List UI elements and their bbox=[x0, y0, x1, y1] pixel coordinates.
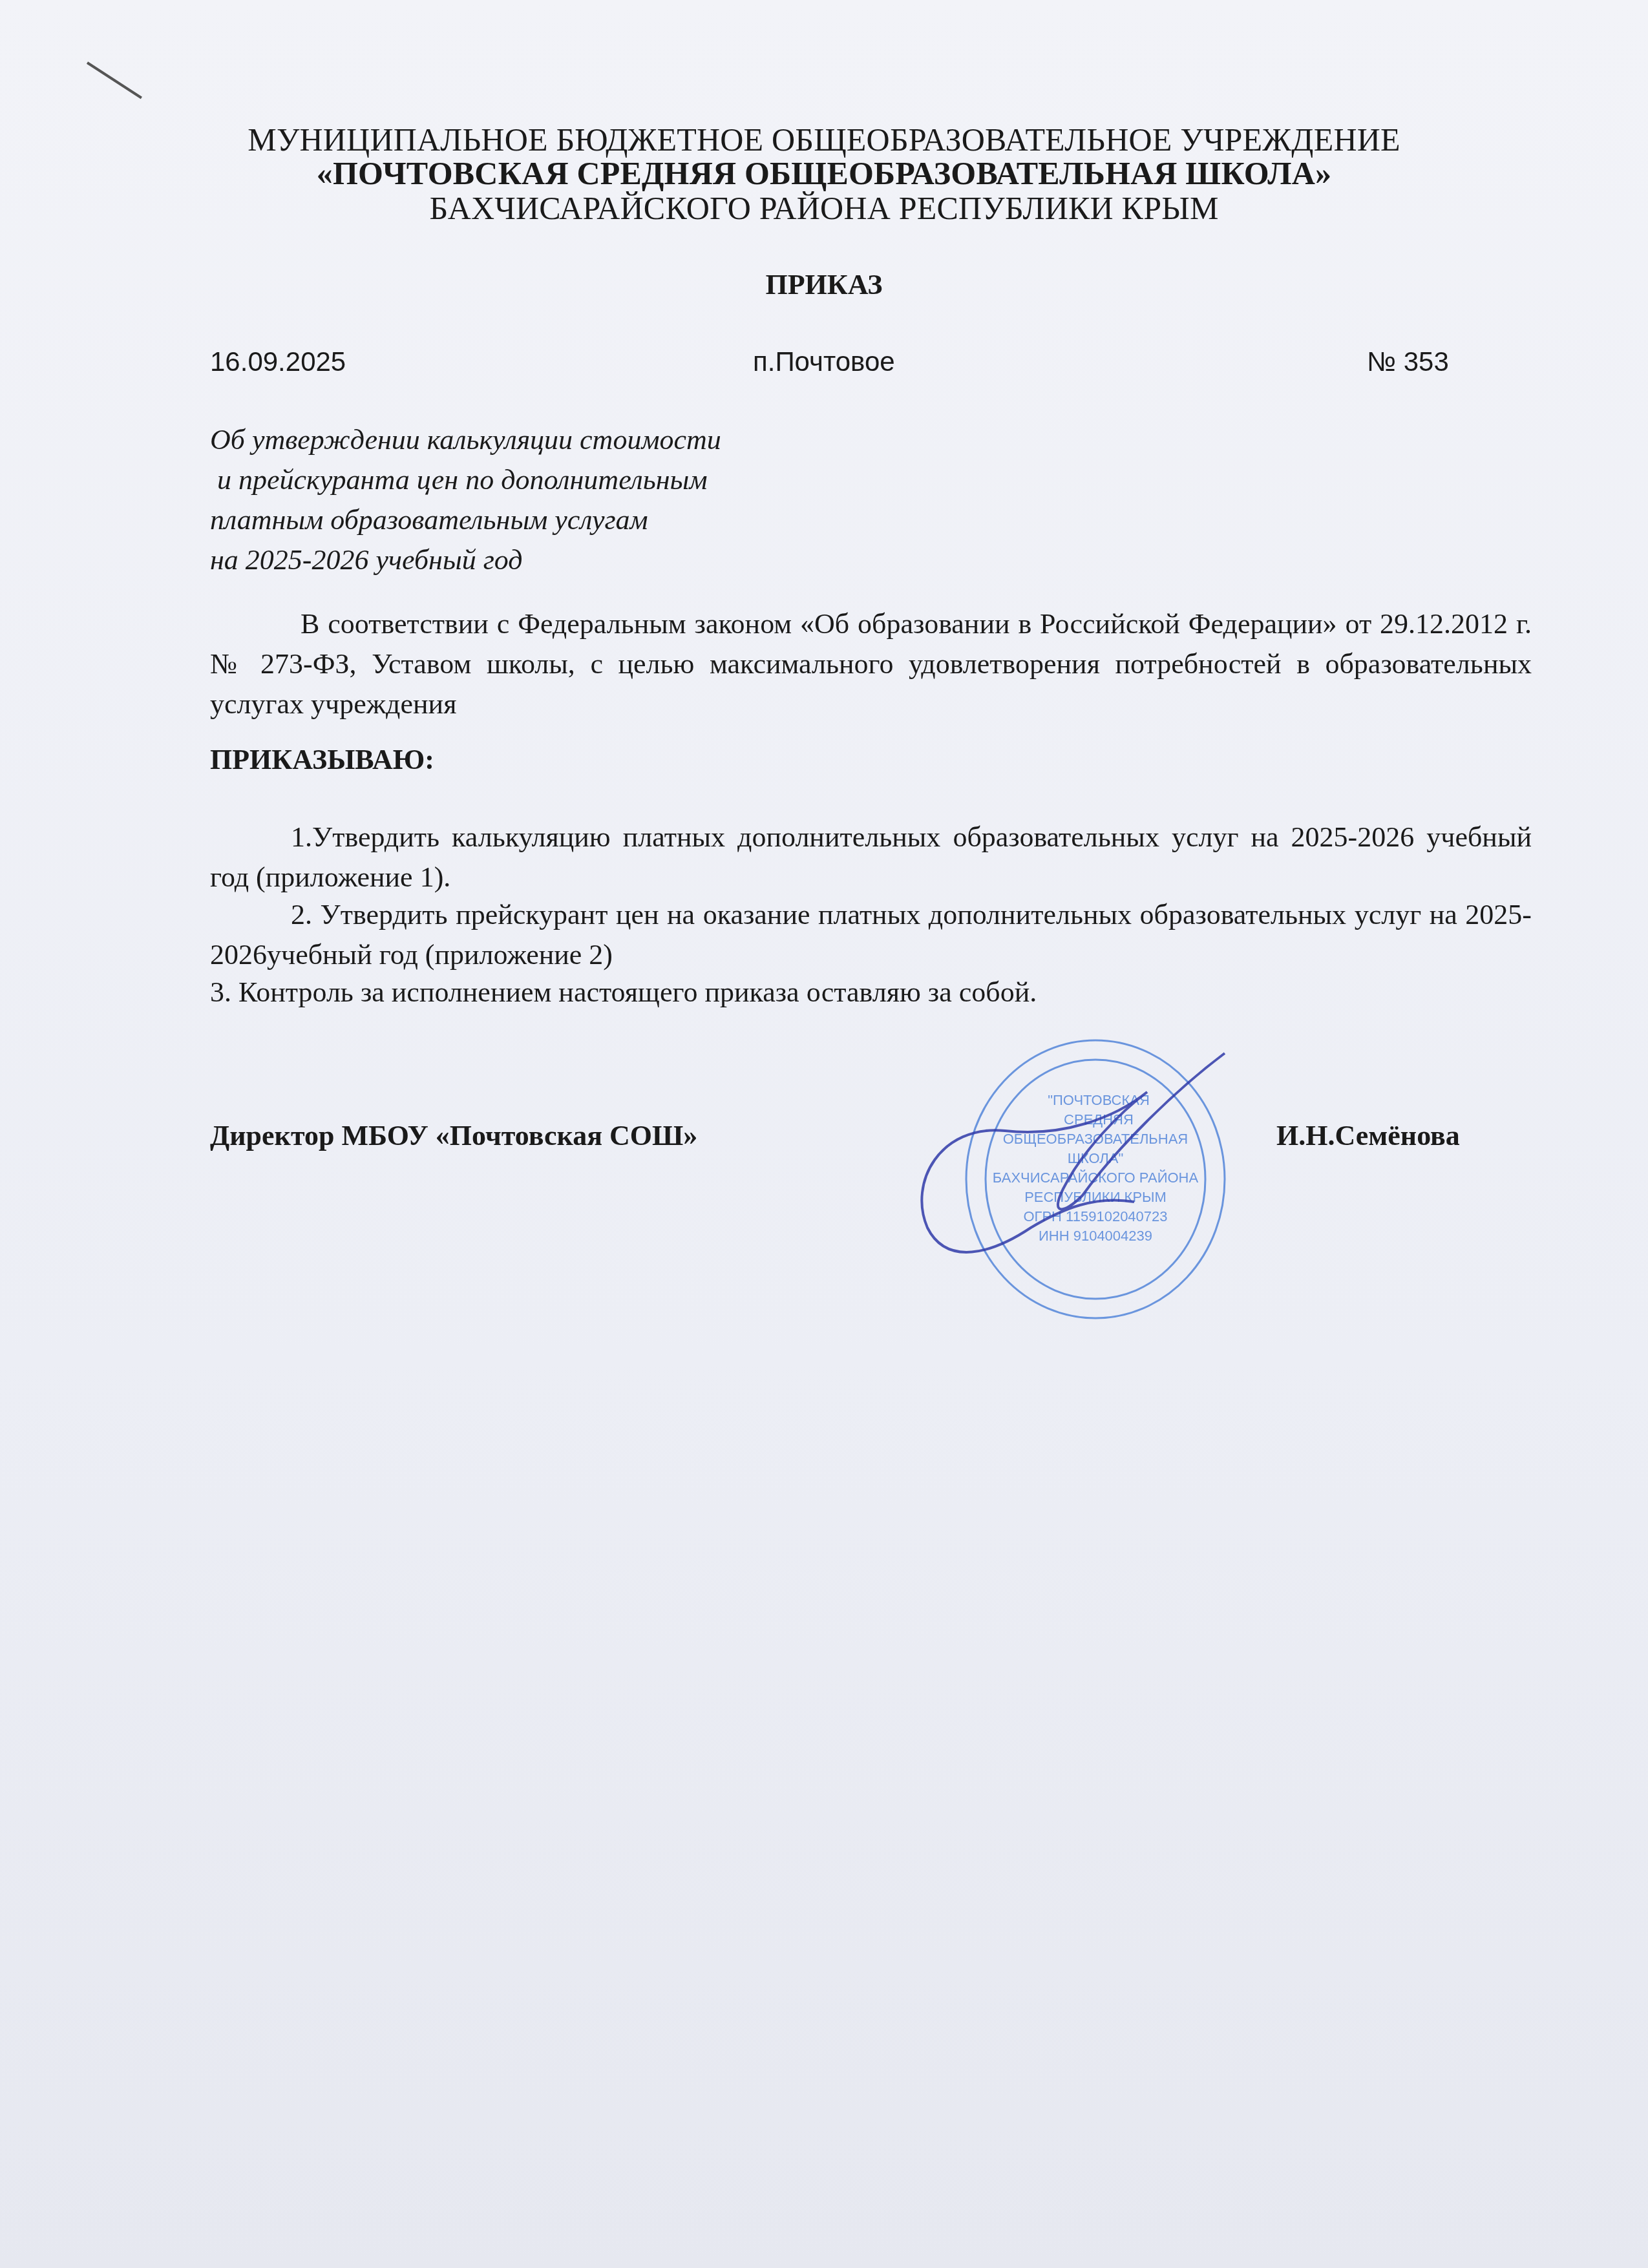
svg-text:ОГРН 1159102040723: ОГРН 1159102040723 bbox=[1023, 1208, 1167, 1224]
org-header-line-1: МУНИЦИПАЛЬНОЕ БЮДЖЕТНОЕ ОБЩЕОБРАЗОВАТЕЛЬ… bbox=[0, 121, 1648, 158]
document-date: 16.09.2025 bbox=[210, 346, 346, 377]
document-number: № 353 bbox=[1367, 346, 1449, 377]
org-header-line-3: БАХЧИСАРАЙСКОГО РАЙОНА РЕСПУБЛИКИ КРЫМ bbox=[0, 190, 1648, 226]
document-type: ПРИКАЗ bbox=[0, 268, 1648, 301]
document-page: МУНИЦИПАЛЬНОЕ БЮДЖЕТНОЕ ОБЩЕОБРАЗОВАТЕЛЬ… bbox=[0, 0, 1648, 2268]
subject-line: на 2025-2026 учебный год bbox=[210, 540, 721, 580]
subject-line: и прейскуранта цен по дополнительным bbox=[210, 460, 721, 500]
scan-artifact bbox=[87, 61, 142, 99]
org-header-line-2: «ПОЧТОВСКАЯ СРЕДНЯЯ ОБЩЕОБРАЗОВАТЕЛЬНАЯ … bbox=[0, 155, 1648, 191]
signatory-name: И.Н.Семёнова bbox=[1276, 1119, 1460, 1152]
order-word: ПРИКАЗЫВАЮ: bbox=[210, 743, 434, 776]
svg-text:ИНН 9104004239: ИНН 9104004239 bbox=[1039, 1228, 1152, 1244]
official-stamp-icon: "ПОЧТОВСКАЯ СРЕДНЯЯ ОБЩЕОБРАЗОВАТЕЛЬНАЯ … bbox=[902, 1034, 1238, 1338]
svg-text:ШКОЛА": ШКОЛА" bbox=[1068, 1150, 1124, 1166]
signatory-role: Директор МБОУ «Почтовская СОШ» bbox=[210, 1119, 697, 1152]
document-place: п.Почтовое bbox=[753, 346, 895, 377]
subject-line: Об утверждении калькуляции стоимости bbox=[210, 420, 721, 460]
document-subject: Об утверждении калькуляции стоимости и п… bbox=[210, 420, 721, 580]
subject-line: платным образовательным услугам bbox=[210, 500, 721, 540]
order-item-1: 1.Утвердить калькуляцию платных дополнит… bbox=[210, 817, 1532, 898]
order-item-2: 2. Утвердить прейскурант цен на оказание… bbox=[210, 895, 1532, 975]
order-item-3: 3. Контроль за исполнением настоящего пр… bbox=[210, 972, 1532, 1013]
preamble-paragraph: В соответствии с Федеральным законом «Об… bbox=[210, 604, 1532, 724]
